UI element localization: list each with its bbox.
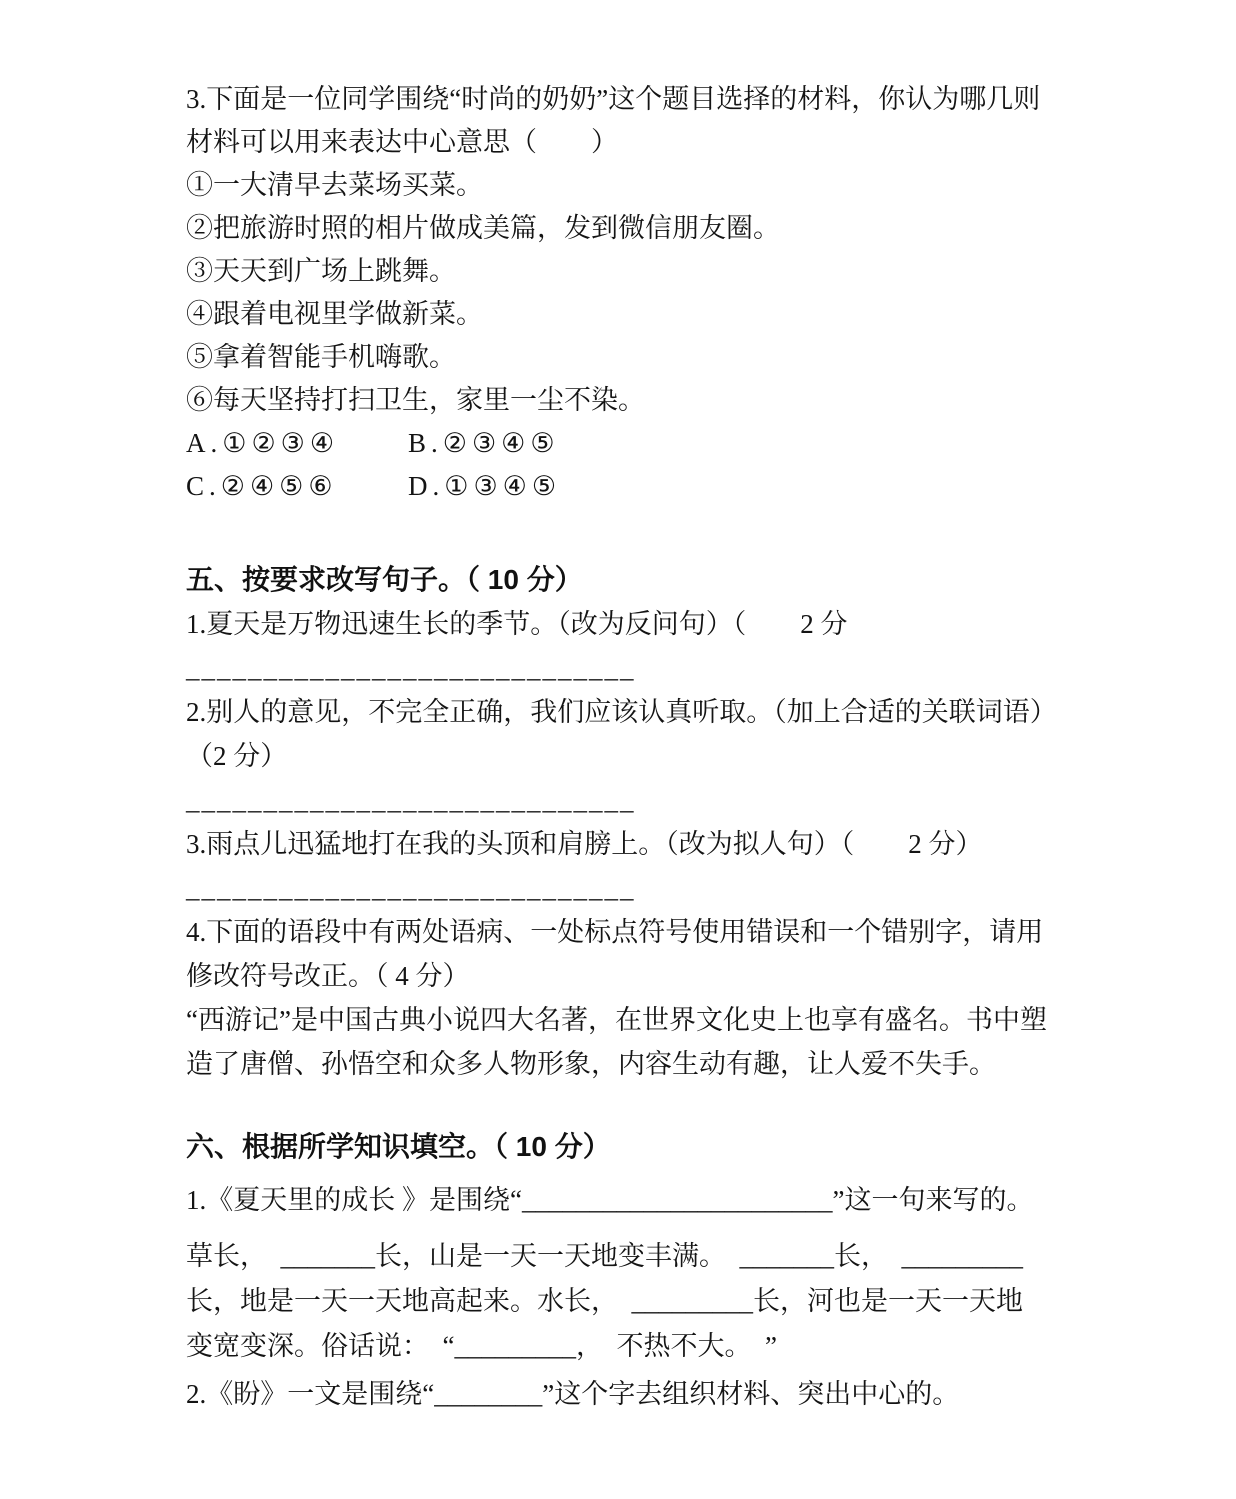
section-5-question-4-line-1: 4.下面的语段中有两处语病、一处标点符号使用错误和一个错别字，请用: [186, 910, 1126, 954]
question-3-stem-line-1: 3.下面是一位同学围绕“时尚的奶奶”这个题目选择的材料，你认为哪几则: [186, 78, 1126, 121]
material-item-1: ①一大清早去菜场买菜。: [186, 164, 1126, 207]
section-6-body: 1.《夏天里的成长 》是围绕“_______________________”这…: [186, 1177, 1126, 1417]
exam-paper-page: 3.下面是一位同学围绕“时尚的奶奶”这个题目选择的材料，你认为哪几则 材料可以用…: [0, 0, 1236, 1499]
material-item-4: ④跟着电视里学做新菜。: [186, 293, 1126, 336]
section-5-question-4-line-2: 修改符号改正。（ 4 分）: [186, 954, 1126, 998]
options-row-ab: A.①②③④ B.②③④⑤: [186, 422, 1126, 465]
material-item-5: ⑤拿着智能手机嗨歌。: [186, 336, 1126, 379]
section-5-passage-line-2: 造了唐僧、孙悟空和众多人物形象，内容生动有趣，让人爱不失手。: [186, 1042, 1126, 1086]
question-3-block: 3.下面是一位同学围绕“时尚的奶奶”这个题目选择的材料，你认为哪几则 材料可以用…: [186, 78, 1126, 508]
question-3-stem-line-2: 材料可以用来表达中心意思（ ）: [186, 121, 1126, 164]
section-5-question-1: 1.夏天是万物迅速生长的季节。（改为反问句）（ 2 分: [186, 602, 1126, 646]
section-5-question-3: 3.雨点儿迅猛地打在我的头顶和肩膀上。（改为拟人句）（ 2 分）: [186, 822, 1126, 866]
page-content: 3.下面是一位同学围绕“时尚的奶奶”这个题目选择的材料，你认为哪几则 材料可以用…: [186, 0, 1126, 1417]
option-a: A.①②③④: [186, 422, 408, 465]
material-item-2: ②把旅游时照的相片做成美篇，发到微信朋友圈。: [186, 207, 1126, 250]
section-6-question-1-line-1: 1.《夏天里的成长 》是围绕“_______________________”这…: [186, 1177, 1126, 1223]
material-item-3: ③天天到广场上跳舞。: [186, 250, 1126, 293]
section-6-question-1-line-3: 长，地是一天一天地高起来。水长， _________长，河也是一天一天地: [186, 1279, 1126, 1324]
section-6-heading: 六、根据所学知识填空。（ 10 分）: [186, 1125, 1126, 1169]
section-6-question-1-continuation: 草长， _______长，山是一天一天地变丰满。 _______长， _____…: [186, 1234, 1126, 1369]
option-d: D.①③④⑤: [408, 465, 561, 508]
answer-blank-line-3: _____________________________: [186, 866, 1126, 910]
section-5-question-2-line-2: （2 分）: [186, 734, 1126, 778]
section-6-question-1-line-4: 变宽变深。俗话说： “_________， 不热不大。 ”: [186, 1324, 1126, 1369]
section-5-body: 1.夏天是万物迅速生长的季节。（改为反问句）（ 2 分 ____________…: [186, 602, 1126, 1086]
section-5-heading: 五、按要求改写句子。（ 10 分）: [186, 558, 1126, 602]
material-item-6: ⑥每天坚持打扫卫生，家里一尘不染。: [186, 379, 1126, 422]
answer-blank-line-2: _____________________________: [186, 778, 1126, 822]
section-5-passage-line-1: “西游记”是中国古典小说四大名著，在世界文化史上也享有盛名。书中塑: [186, 998, 1126, 1042]
option-c: C.②④⑤⑥: [186, 465, 408, 508]
section-6-question-2: 2.《盼》一文是围绕“________”这个字去组织材料、突出中心的。: [186, 1372, 1126, 1417]
answer-blank-line-1: _____________________________: [186, 646, 1126, 690]
section-6-question-1-line-2: 草长， _______长，山是一天一天地变丰满。 _______长， _____…: [186, 1234, 1126, 1279]
options-row-cd: C.②④⑤⑥ D.①③④⑤: [186, 465, 1126, 508]
section-5-question-2-line-1: 2.别人的意见，不完全正确，我们应该认真听取。（加上合适的关联词语）: [186, 690, 1126, 734]
option-b: B.②③④⑤: [408, 422, 560, 465]
